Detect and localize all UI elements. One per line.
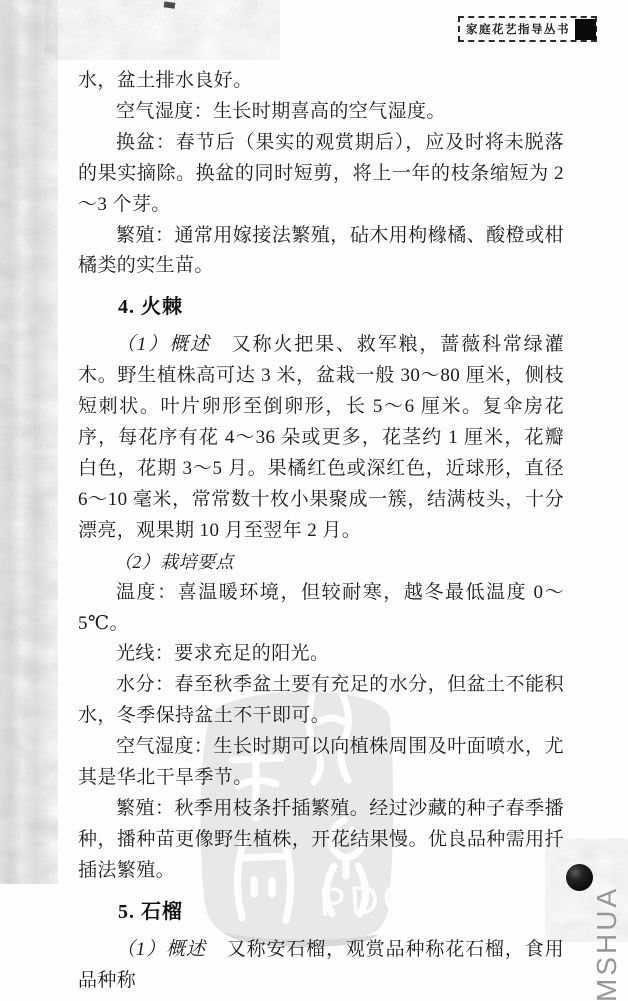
subsection-heading: （2）栽培要点 [78, 547, 564, 578]
series-header-badge: 家庭花艺指导丛书 [458, 16, 597, 42]
badge-square [575, 19, 596, 40]
subsection-label: （1）概述 [116, 939, 206, 960]
section-heading-pyracantha: 4. 火棘 [78, 292, 564, 322]
paragraph: 空气湿度：生长时期可以向植株周围及叶面喷水，尤其是华北干旱季节。 [78, 732, 564, 794]
scanned-book-page: PDG 家庭花艺指导丛书 [0, 0, 628, 1001]
page-body: 水，盆土排水良好。 空气湿度：生长时期喜高的空气湿度。 换盆：春节后（果实的观赏… [78, 66, 564, 996]
paragraph: 水分：春至秋季盆土要有充足的水分，但盆土不能积水，冬季保持盆土不干即可。 [78, 670, 564, 732]
scan-speck [164, 1, 176, 8]
series-title: 家庭花艺指导丛书 [460, 18, 573, 40]
paragraph: 换盆：春节后（果实的观赏期后），应及时将未脱落的果实摘除。换盆的同时短剪，将上一… [78, 128, 564, 221]
paragraph: 繁殖：秋季用枝条扦插繁殖。经过沙藏的种子春季播种，播种苗更像野生植株，开花结果慢… [78, 794, 564, 887]
paragraph-overview: （1）概述又称安石榴，观赏品种称花石榴，食用品种称 [78, 935, 564, 997]
paragraph: 水，盆土排水良好。 [78, 66, 564, 97]
paragraph-overview: （1）概述又称火把果、救军粮，蔷薇科常绿灌木。野生植株高可达 3 米，盆栽一般 … [78, 330, 564, 546]
scan-dot-mark [566, 864, 593, 891]
paragraph: 空气湿度：生长时期喜高的空气湿度。 [78, 97, 564, 128]
section-heading-pomegranate: 5. 石榴 [78, 897, 564, 927]
side-watermark-text: MSHUA [591, 886, 623, 1001]
paragraph: 光线：要求充足的阳光。 [78, 639, 564, 670]
subsection-label: （1）概述 [116, 334, 211, 355]
paragraph: 温度：喜温暖环境，但较耐寒，越冬最低温度 0～5℃。 [78, 578, 564, 640]
paragraph-text: 又称火把果、救军粮，蔷薇科常绿灌木。野生植株高可达 3 米，盆栽一般 30～80… [78, 334, 564, 540]
scan-gutter-shading [0, 0, 57, 884]
paragraph: 繁殖：通常用嫁接法繁殖，砧木用枸橼橘、酸橙或柑橘类的实生苗。 [78, 221, 564, 283]
